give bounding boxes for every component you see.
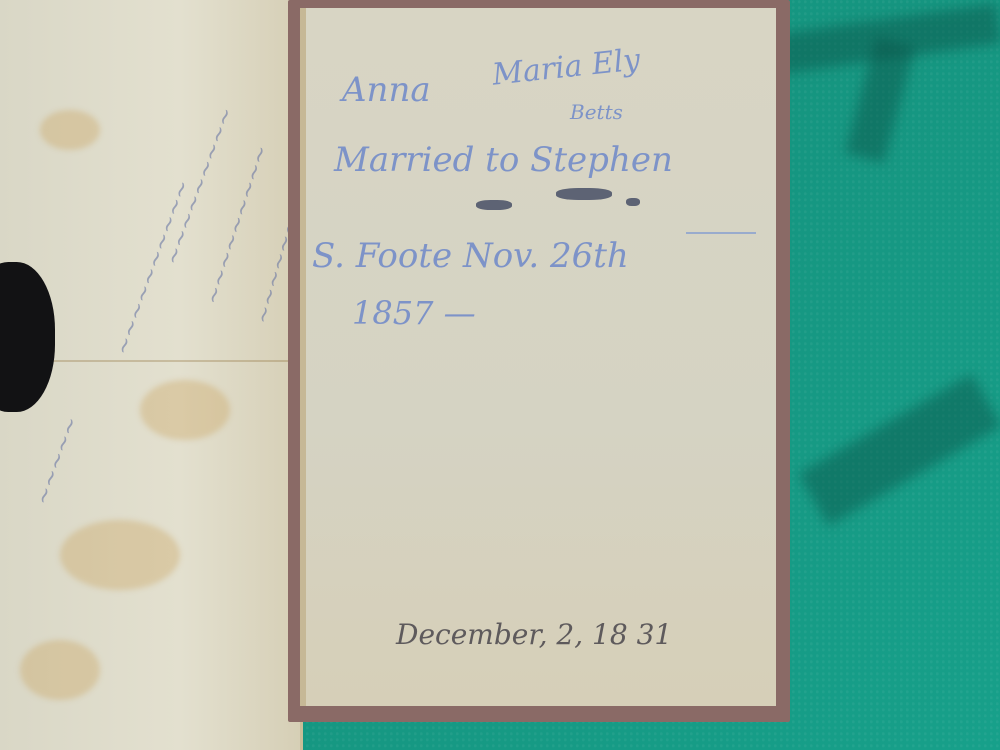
foxing-stain: [20, 640, 100, 700]
inscription-first-name: Anna: [342, 70, 431, 110]
inscription-date-line: S. Foote Nov. 26th: [312, 236, 629, 276]
ink-blot: [626, 198, 640, 206]
ink-blot: [556, 188, 612, 200]
inscription-middle-name: Maria Ely: [491, 42, 642, 92]
foxing-stain: [40, 110, 100, 150]
footer-date: December, 2, 18 31: [396, 618, 672, 651]
faint-pencil-line: ~~~~~: [30, 413, 85, 508]
foxing-stain: [60, 520, 180, 590]
inscription-year: 1857 —: [352, 294, 476, 332]
inscription-surname: Betts: [570, 100, 623, 124]
inscription-married-line: Married to Stephen: [334, 140, 673, 180]
foxing-stain: [140, 380, 230, 440]
ink-blot: [476, 200, 512, 210]
pencil-rule: [686, 232, 756, 234]
right-page: Anna Maria Ely Betts Married to Stephen …: [300, 8, 776, 706]
